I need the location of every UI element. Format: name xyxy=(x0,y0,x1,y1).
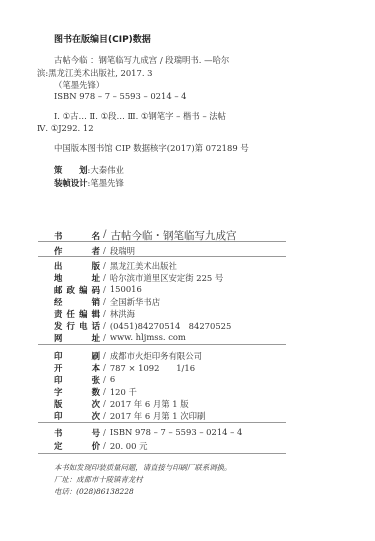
colophon-row-address: 地址 / 哈尔滨市道里区安定街 225 号 xyxy=(54,272,223,284)
row-value: 2017 年 6 月第 1 次印刷 xyxy=(110,410,206,422)
cip-core-record: 中国版本图书馆 CIP 数据核字(2017)第 072189 号 xyxy=(54,142,249,154)
row-value: 2017 年 6 月第 1 版 xyxy=(110,398,189,410)
cip-subject-line-1: Ⅰ. ①古… Ⅱ. ①段… Ⅲ. ①钢笔字 – 楷书 – 法帖 xyxy=(54,110,226,122)
cip-entry-line-1: 古帖今临 ：钢笔临写九成宫 / 段瑞明书. —哈尔 xyxy=(54,54,229,66)
credit-value: :笔墨先锋 xyxy=(88,178,124,188)
row-value: 787 × 1092 1/16 xyxy=(110,362,195,374)
cip-subject-line-2: Ⅳ. ①J292. 12 xyxy=(37,123,94,133)
colophon-row-editor: 责任编辑 / 林洪海 xyxy=(54,308,135,320)
cip-heading: 图书在版编目(CIP)数据 xyxy=(54,32,151,45)
credit-planning: 策 划:大秦伟业 xyxy=(54,164,124,176)
credit-label: 策 划 xyxy=(54,165,88,175)
row-value: 全国新华书店 xyxy=(110,296,160,308)
colophon-row-printing: 印次 / 2017 年 6 月第 1 次印刷 xyxy=(54,410,205,422)
credit-value: :大秦伟业 xyxy=(88,165,124,175)
row-value: 黑龙江美术出版社 xyxy=(110,260,177,272)
row-value: (0451)84270514 84270525 xyxy=(110,320,231,332)
colophon-row-website: 网址 / www. hljmss. com xyxy=(54,332,186,344)
printer-address: 厂址：成都市十陵镇青龙村 xyxy=(54,474,143,485)
row-value: 120 千 xyxy=(110,386,137,398)
divider xyxy=(38,241,286,242)
colophon-row-printer: 印刷 / 成都市火炬印务有限公司 xyxy=(54,350,202,362)
row-value: ISBN 978 – 7 – 5593 – 0214 – 4 xyxy=(110,427,243,439)
row-value: 20. 00 元 xyxy=(110,440,148,452)
row-value: 林洪海 xyxy=(110,308,135,320)
credit-design: 装帧设计:笔墨先锋 xyxy=(54,177,124,189)
cip-entry-line-2: 滨:黑龙江美术出版社, 2017. 3 xyxy=(37,67,153,79)
colophon-row-isbn: 书号 / ISBN 978 – 7 – 5593 – 0214 – 4 xyxy=(54,427,242,439)
row-value: 6 xyxy=(110,374,115,386)
cip-isbn: ISBN 978 – 7 – 5593 – 0214 – 4 xyxy=(54,91,187,101)
colophon-row-format: 开本 / 787 × 1092 1/16 xyxy=(54,362,195,374)
colophon-row-publisher: 出版 / 黑龙江美术出版社 xyxy=(54,260,177,272)
printer-phone: 电话：(028)86138228 xyxy=(54,486,134,497)
colophon-row-word-count: 字数 / 120 千 xyxy=(54,386,137,398)
credit-label: 装帧设计 xyxy=(54,178,88,188)
divider xyxy=(38,453,286,454)
colophon-row-edition: 版次 / 2017 年 6 月第 1 版 xyxy=(54,398,189,410)
row-value: 成都市火炬印务有限公司 xyxy=(110,350,202,362)
quality-notice: 本书如发现印装质量问题，请直接与印刷厂联系调换。 xyxy=(54,462,231,473)
divider xyxy=(38,344,286,345)
colophon-row-price: 定价 / 20. 00 元 xyxy=(54,440,148,452)
colophon-row-phone: 发行电话 / (0451)84270514 84270525 xyxy=(54,320,231,332)
colophon-row-sheets: 印张 / 6 xyxy=(54,374,115,386)
row-value: 150016 xyxy=(110,284,142,296)
cip-series: （笔墨先锋） xyxy=(54,79,104,91)
divider xyxy=(38,256,286,257)
colophon-row-distributor: 经销 / 全国新华书店 xyxy=(54,296,160,308)
row-value: 哈尔滨市道里区安定街 225 号 xyxy=(110,272,223,284)
divider xyxy=(38,422,286,423)
row-value: www. hljmss. com xyxy=(110,332,186,344)
colophon-row-postcode: 邮政编码 / 150016 xyxy=(54,284,142,296)
